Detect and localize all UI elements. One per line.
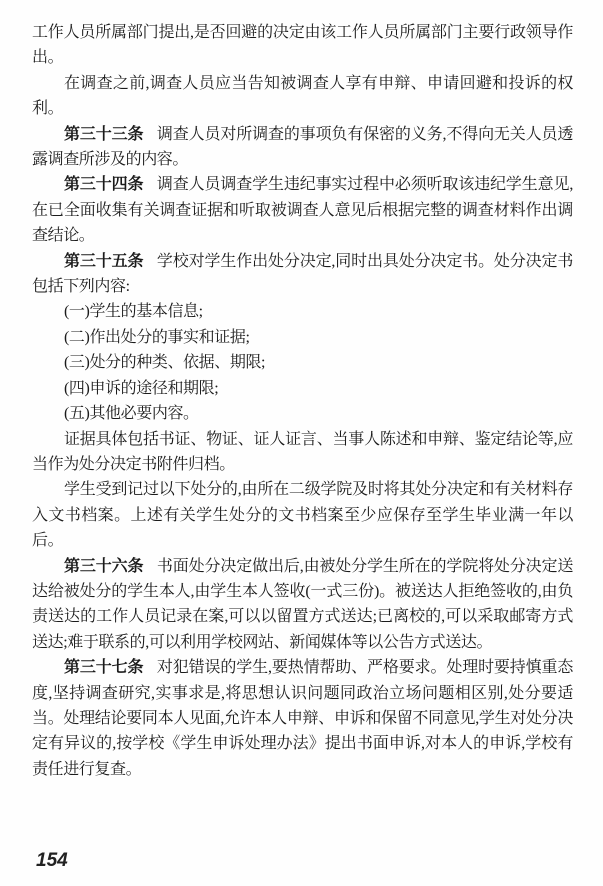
paragraph: 在调查之前,调查人员应当告知被调查人享有申辩、申请回避和投诉的权利。 xyxy=(32,71,573,122)
body-text: 工作人员所属部门提出,是否回避的决定由该工作人员所属部门主要行政领导作出。 在调… xyxy=(32,20,573,782)
document-page: 工作人员所属部门提出,是否回避的决定由该工作人员所属部门主要行政领导作出。 在调… xyxy=(0,0,603,886)
page-number: 154 xyxy=(36,850,68,872)
article-34: 第三十四条调查人员调查学生违纪事实过程中必须听取该违纪学生意见,在已全面收集有关… xyxy=(32,172,573,248)
article-number: 第三十七条 xyxy=(64,659,157,676)
article-37: 第三十七条对犯错误的学生,要热情帮助、严格要求。处理时要持慎重态度,坚持调查研究… xyxy=(32,655,573,782)
article-number: 第三十五条 xyxy=(64,253,157,270)
article-number: 第三十六条 xyxy=(64,558,157,575)
article-35: 第三十五条学校对学生作出处分决定,同时出具处分决定书。处分决定书包括下列内容: xyxy=(32,249,573,300)
article-36: 第三十六条书面处分决定做出后,由被处分学生所在的学院将处分决定送达给被处分的学生… xyxy=(32,554,573,656)
list-item: (三)处分的种类、依据、期限; xyxy=(32,350,573,375)
paragraph: 证据具体包括书证、物证、证人证言、当事人陈述和申辩、鉴定结论等,应当作为处分决定… xyxy=(32,427,573,478)
list-item: (一)学生的基本信息; xyxy=(32,299,573,324)
article-number: 第三十四条 xyxy=(64,176,157,193)
article-text: 对犯错误的学生,要热情帮助、严格要求。处理时要持慎重态度,坚持调查研究,实事求是… xyxy=(32,659,573,778)
list-item: (二)作出处分的事实和证据; xyxy=(32,325,573,350)
article-33: 第三十三条调查人员对所调查的事项负有保密的义务,不得向无关人员透露调查所涉及的内… xyxy=(32,122,573,173)
paragraph: 工作人员所属部门提出,是否回避的决定由该工作人员所属部门主要行政领导作出。 xyxy=(32,20,573,71)
list-item: (五)其他必要内容。 xyxy=(32,401,573,426)
paragraph: 学生受到记过以下处分的,由所在二级学院及时将其处分决定和有关材料存入文书档案。上… xyxy=(32,477,573,553)
article-number: 第三十三条 xyxy=(64,126,157,143)
list-item: (四)申诉的途径和期限; xyxy=(32,376,573,401)
